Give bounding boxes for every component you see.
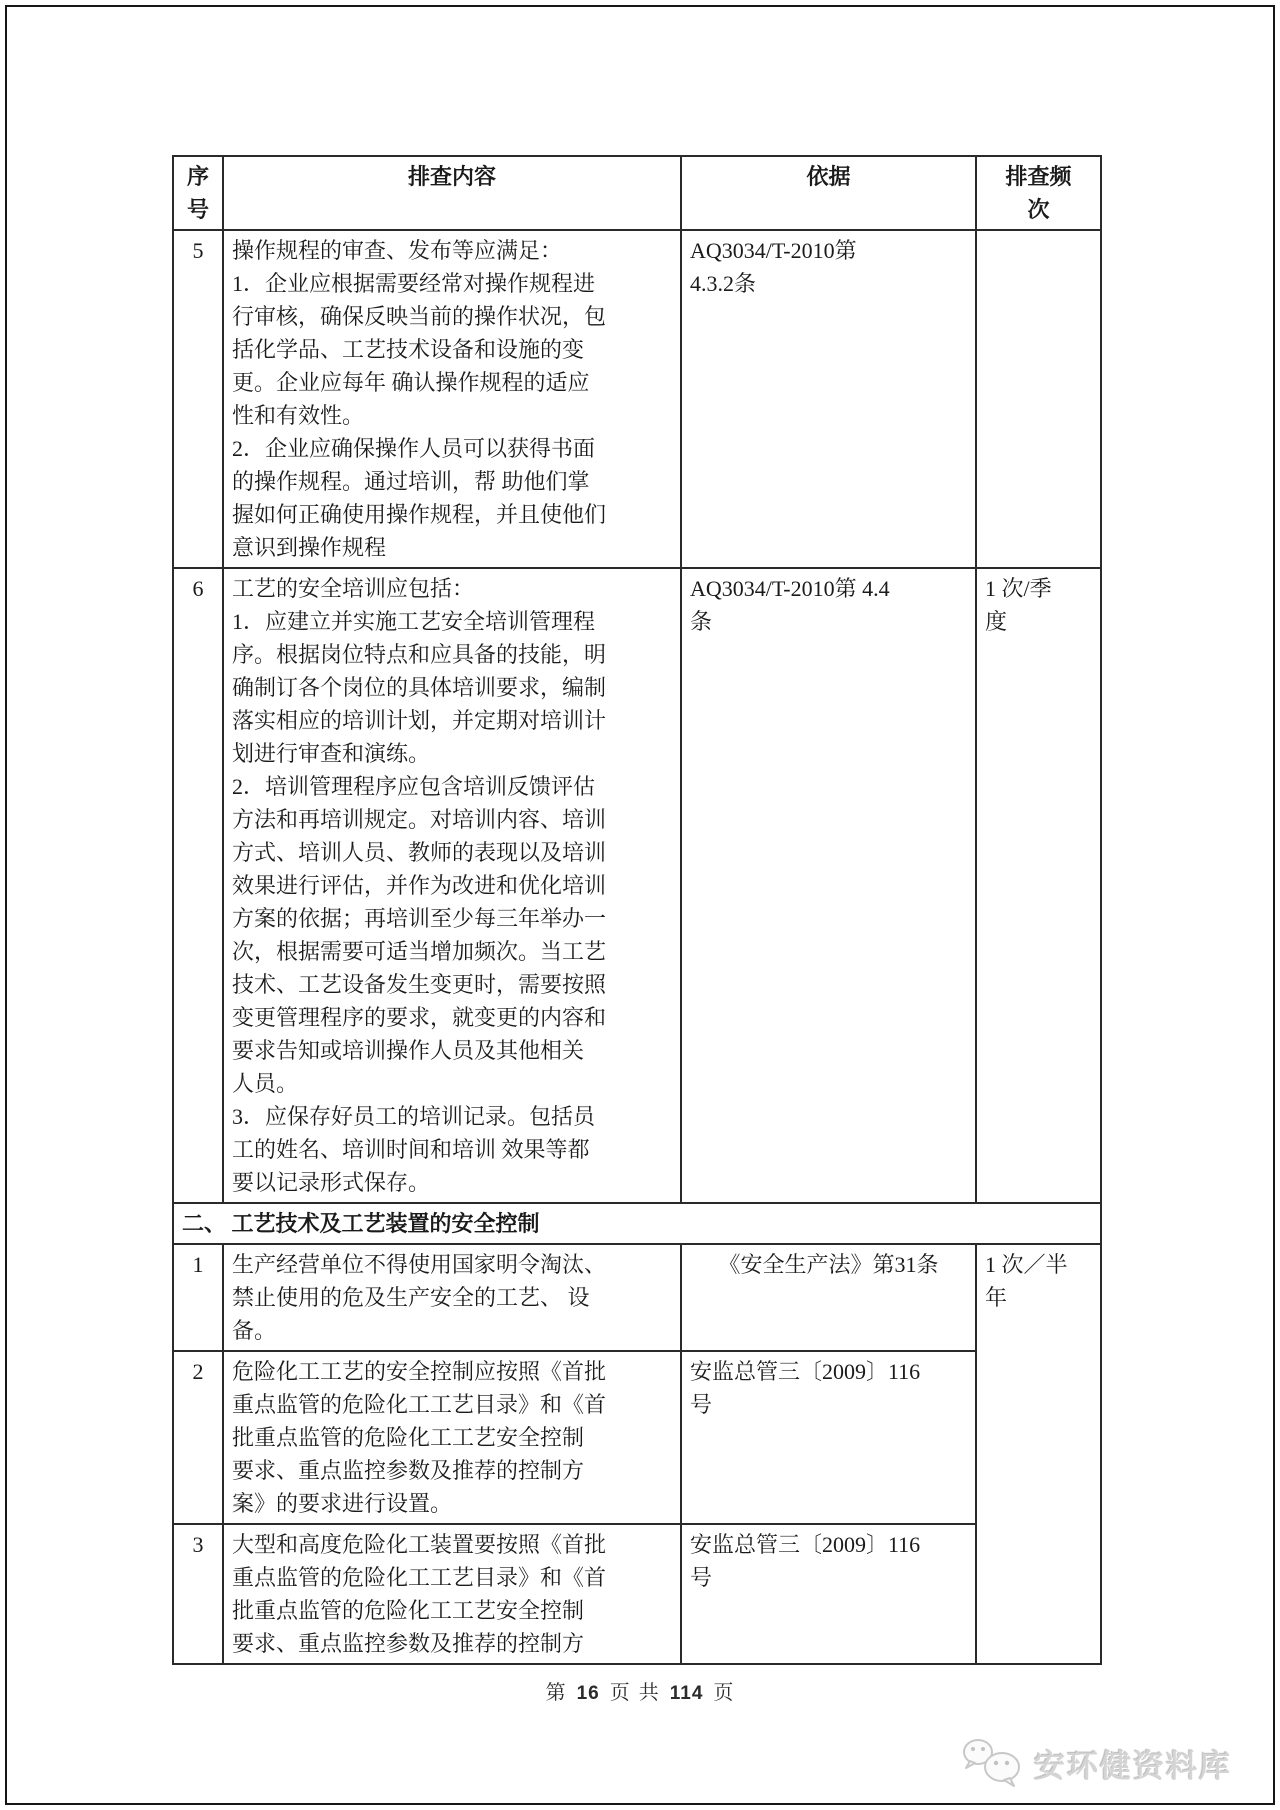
document-page: 序 号 排查内容 依据 排查频 次 5 操作规程的审查、发布等应满足： 1．企业…	[0, 0, 1280, 1810]
basis-cell: AQ3034/T-2010第 4.4 条	[681, 568, 976, 1203]
serial-number-cell: 5	[173, 230, 223, 568]
table-row-sec2-3: 3 大型和高度危险化工装置要按照《首批 重点监管的危险化工工艺目录》和《首 批重…	[173, 1524, 1101, 1664]
total-page-number: 114	[670, 1683, 704, 1704]
inspection-content-cell: 生产经营单位不得使用国家明令淘汰、 禁止使用的危及生产安全的工艺、 设 备。	[223, 1244, 681, 1351]
footer-label: 页	[713, 1682, 734, 1704]
basis-cell: 安监总管三〔2009〕116 号	[681, 1351, 976, 1524]
table-header-row: 序 号 排查内容 依据 排查频 次	[173, 156, 1101, 230]
inspection-table: 序 号 排查内容 依据 排查频 次 5 操作规程的审查、发布等应满足： 1．企业…	[172, 155, 1102, 1665]
watermark: 安环健资料库	[958, 1736, 1232, 1790]
footer-label: 页	[610, 1682, 631, 1704]
footer-label: 共	[639, 1682, 660, 1704]
frequency-cell: 1 次／半 年	[976, 1244, 1101, 1664]
serial-number-cell: 6	[173, 568, 223, 1203]
frequency-cell: 1 次/季 度	[976, 568, 1101, 1203]
current-page-number: 16	[577, 1683, 600, 1704]
table-row-sec2-1: 1 生产经营单位不得使用国家明令淘汰、 禁止使用的危及生产安全的工艺、 设 备。…	[173, 1244, 1101, 1351]
inspection-content-cell: 危险化工工艺的安全控制应按照《首批 重点监管的危险化工工艺目录》和《首 批重点监…	[223, 1351, 681, 1524]
header-serial-number: 序 号	[173, 156, 223, 230]
basis-cell: AQ3034/T-2010第 4.3.2条	[681, 230, 976, 568]
serial-number-cell: 3	[173, 1524, 223, 1664]
table-row-sec2-2: 2 危险化工工艺的安全控制应按照《首批 重点监管的危险化工工艺目录》和《首 批重…	[173, 1351, 1101, 1524]
page-footer: 第16页共114页	[0, 1676, 1280, 1705]
frequency-cell	[976, 230, 1101, 568]
serial-number-cell: 2	[173, 1351, 223, 1524]
footer-label: 第	[546, 1682, 567, 1704]
chat-bubbles-icon	[958, 1736, 1024, 1790]
header-frequency: 排查频 次	[976, 156, 1101, 230]
header-basis: 依据	[681, 156, 976, 230]
table-row-item6: 6 工艺的安全培训应包括： 1．应建立并实施工艺安全培训管理程 序。根据岗位特点…	[173, 568, 1101, 1203]
basis-cell: 安监总管三〔2009〕116 号	[681, 1524, 976, 1664]
serial-number-cell: 1	[173, 1244, 223, 1351]
table-row-item5: 5 操作规程的审查、发布等应满足： 1．企业应根据需要经常对操作规程进 行审核，…	[173, 230, 1101, 568]
inspection-content-cell: 操作规程的审查、发布等应满足： 1．企业应根据需要经常对操作规程进 行审核，确保…	[223, 230, 681, 568]
watermark-label: 安环健资料库	[1034, 1741, 1232, 1786]
section-header-row: 二、 工艺技术及工艺装置的安全控制	[173, 1203, 1101, 1244]
section-header-cell: 二、 工艺技术及工艺装置的安全控制	[173, 1203, 1101, 1244]
header-inspection-content: 排查内容	[223, 156, 681, 230]
inspection-content-cell: 大型和高度危险化工装置要按照《首批 重点监管的危险化工工艺目录》和《首 批重点监…	[223, 1524, 681, 1664]
basis-cell: 《安全生产法》第31条	[681, 1244, 976, 1351]
inspection-content-cell: 工艺的安全培训应包括： 1．应建立并实施工艺安全培训管理程 序。根据岗位特点和应…	[223, 568, 681, 1203]
